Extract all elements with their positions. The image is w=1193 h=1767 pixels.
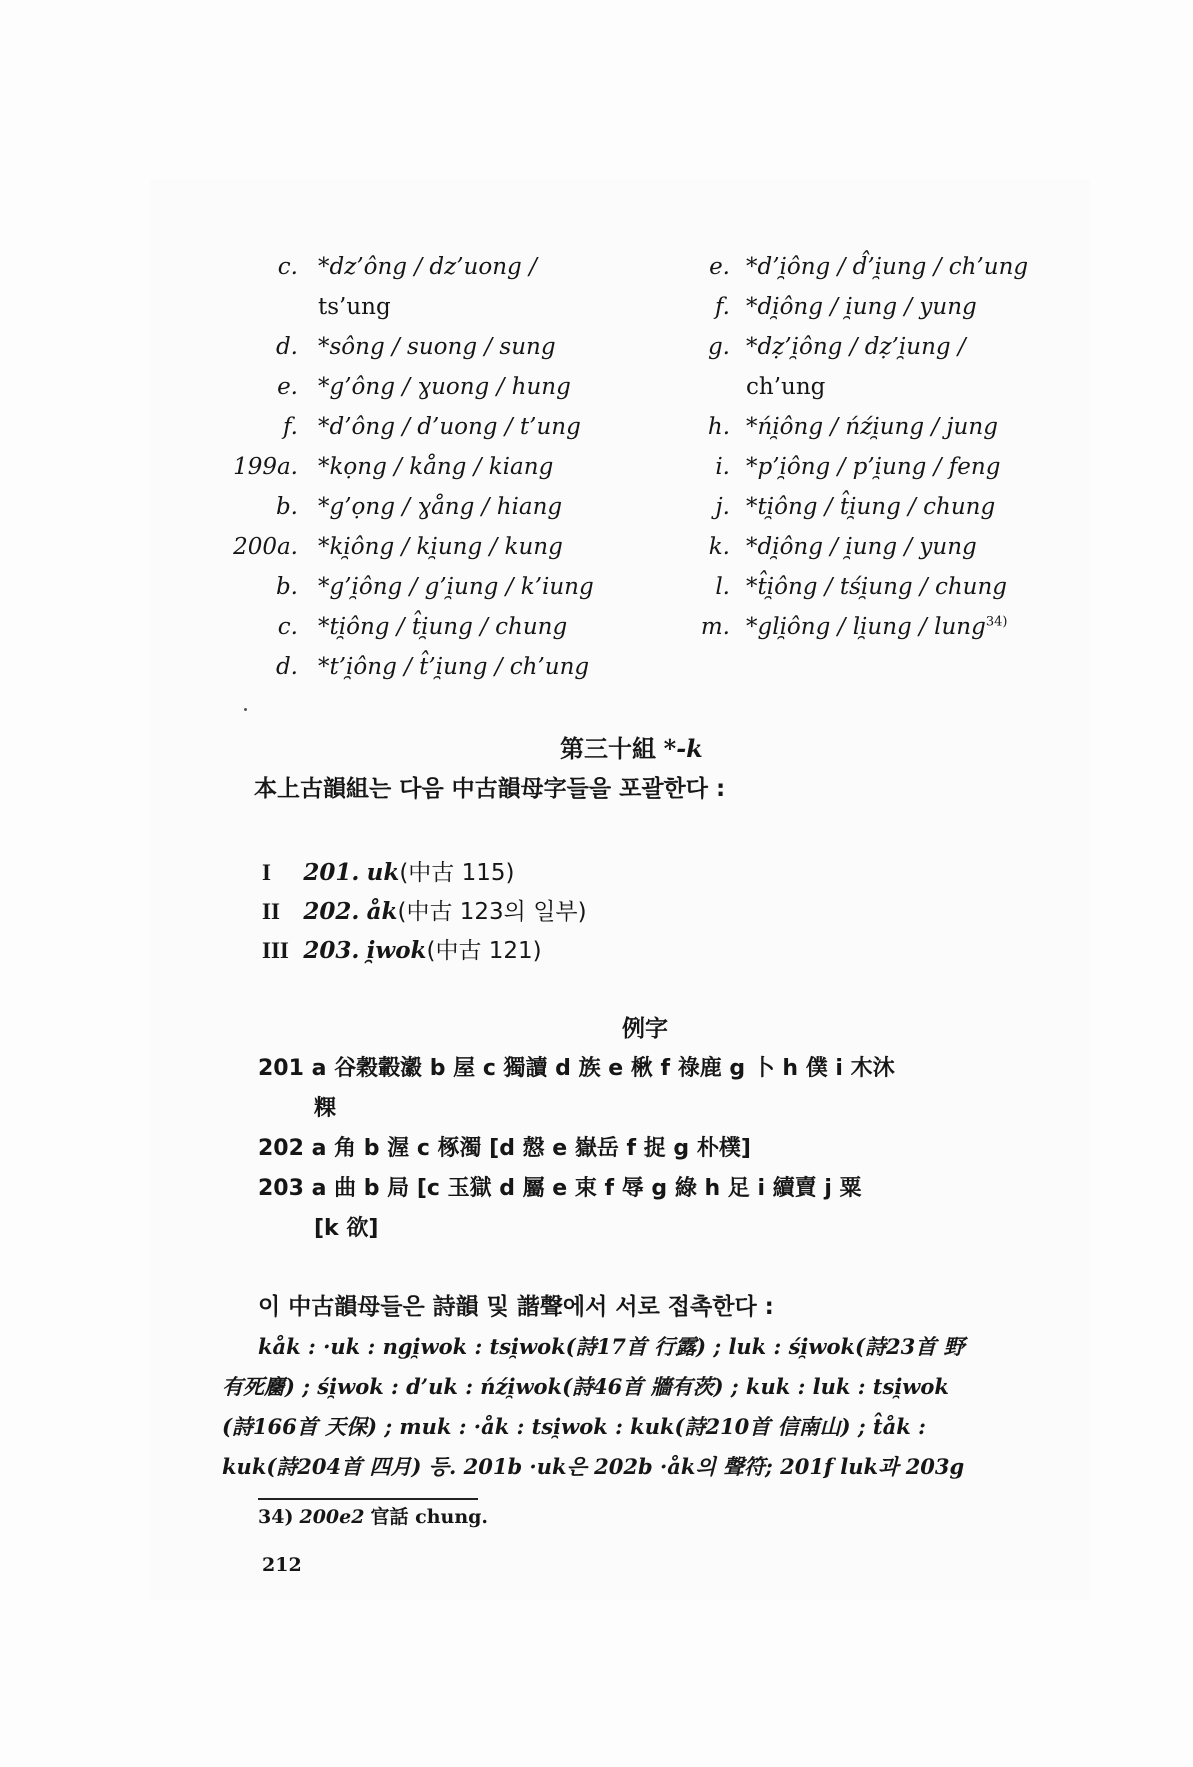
rhyme-item: III 203. i̯wok(中古 121) [262,936,542,966]
division-numeral: II [262,897,296,927]
footnote-ref: 34) [986,614,1008,629]
entry-reading: *di̯ông / i̯ung / yung [746,532,977,562]
entry-reading: *sông / suong / sung [318,332,556,362]
rhyme-note: (中古 115) [399,860,514,886]
footnote: 34) 200e2 官話 chung. [258,1502,488,1532]
examples-line: 202 a 角 b 渥 c 椓濁 [d 慤 e 嶽岳 f 捉 g 朴樸] [258,1134,751,1164]
examples-line: 粿 [314,1094,336,1124]
paragraph-line: (詩166首 天保) ; muk : ·åk : tsi̯wok : kuk(詩… [222,1412,926,1442]
entry-label: c. [200,612,298,642]
entry-reading-continuation: ts’ung [318,292,391,322]
entry-label: g. [690,332,730,362]
entry-reading: *ki̯ông / ki̯ung / kung [318,532,563,562]
entry-label: h. [690,412,730,442]
rhyme-final: uk [367,859,400,886]
entry-label: f. [690,292,730,322]
entry-reading: *di̯ông / i̯ung / yung [746,292,977,322]
entry-label: c. [200,252,298,282]
footnote-text: 官話 chung. [371,1506,489,1528]
entry-reading: *d’i̯ông / d̂’i̯ung / ch’ung [746,252,1028,282]
rhyme-number: 201. [303,859,359,886]
rhyme-final: i̯wok [367,937,427,964]
entry-reading: *t̂i̯ông / tśi̯ung / chung [746,572,1007,602]
rhyme-final: åk [367,898,398,925]
entry-label: b. [200,572,298,602]
entry-label: k. [690,532,730,562]
entry-reading: *g’i̯ông / g’i̯ung / k’iung [318,572,594,602]
section-heading-cjk: 第三十組 [560,735,656,763]
entry-reading: *gli̯ông / li̯ung / lung34) [746,612,1007,642]
rhyme-number: 202. [303,898,359,925]
entry-label: d. [200,652,298,682]
rhyme-item: II 202. åk(中古 123의 일부) [262,897,587,927]
examples-line: [k 欲] [314,1214,378,1244]
entry-reading: *dz’ông / dz’uong / [318,252,537,282]
entry-reading: *ti̯ông / t̂i̯ung / chung [746,492,995,522]
entry-label: f. [200,412,298,442]
section-intro: 本上古韻組는 다음 中古韻母字들을 포괄한다 : [254,774,725,804]
entry-reading-text: *gli̯ông / li̯ung / lung [746,614,986,640]
entry-label: e. [200,372,298,402]
entry-reading: *ńi̯ông / ńźi̯ung / jung [746,412,998,442]
entry-reading: *dẓ’i̯ông / dẓ’i̯ung / [746,332,966,362]
division-numeral: I [262,858,296,888]
stray-mark [244,708,247,711]
footnote-marker: 34) [258,1506,293,1528]
examples-title: 例字 [622,1014,668,1044]
paragraph-line: 有死麕) ; śi̯wok : d’uk : ńźi̯wok(詩46首 牆有茨)… [222,1372,949,1402]
paragraph-lead: 이 中古韻母들은 詩韻 및 諧聲에서 서로 접촉한다 : [258,1292,774,1322]
rhyme-note: (中古 123의 일부) [398,899,587,925]
entry-reading: *kọng / kång / kiang [318,452,553,482]
footnote-divider [258,1498,478,1500]
section-heading-final: *-k [664,734,703,763]
entry-reading-continuation: ch’ung [746,372,825,402]
entry-reading: *t’i̯ông / t̂’i̯ung / ch’ung [318,652,589,682]
entry-label: m. [690,612,730,642]
entry-label: 199a. [200,452,298,482]
paragraph-line: kuk(詩204首 四月) 등. 201b ·uk은 202b ·åk의 聲符;… [222,1452,964,1482]
footnote-ref-code: 200e2 [299,1506,364,1528]
entry-label: e. [690,252,730,282]
entry-reading: *g’ọng / ɣång / hiang [318,492,562,522]
entry-reading: *ti̯ông / t̂i̯ung / chung [318,612,567,642]
entry-label: l. [690,572,730,602]
rhyme-item: I 201. uk(中古 115) [262,858,515,888]
rhyme-number: 203. [303,937,359,964]
page-number: 212 [262,1550,302,1580]
rhyme-note: (中古 121) [426,938,541,964]
division-numeral: III [262,936,296,966]
section-heading: 第三十組 *-k [560,734,703,764]
entry-label: j. [690,492,730,522]
entry-reading: *d’ông / d’uong / t’ung [318,412,581,442]
entry-label: i. [690,452,730,482]
entry-reading: *p’i̯ông / p’i̯ung / feng [746,452,1000,482]
entry-label: d. [200,332,298,362]
examples-line: 201 a 谷穀轂瀫 b 屋 c 獨讀 d 族 e 楸 f 祿鹿 g 卜 h 僕… [258,1054,895,1084]
examples-line: 203 a 曲 b 局 [c 玉獄 d 屬 e 束 f 辱 g 綠 h 足 i … [258,1174,862,1204]
paragraph-line: kåk : ·uk : ngi̯wok : tsi̯wok(詩17首 行露) ;… [258,1332,965,1362]
entry-label: 200a. [200,532,298,562]
entry-reading: *g’ông / ɣuong / hung [318,372,571,402]
entry-label: b. [200,492,298,522]
